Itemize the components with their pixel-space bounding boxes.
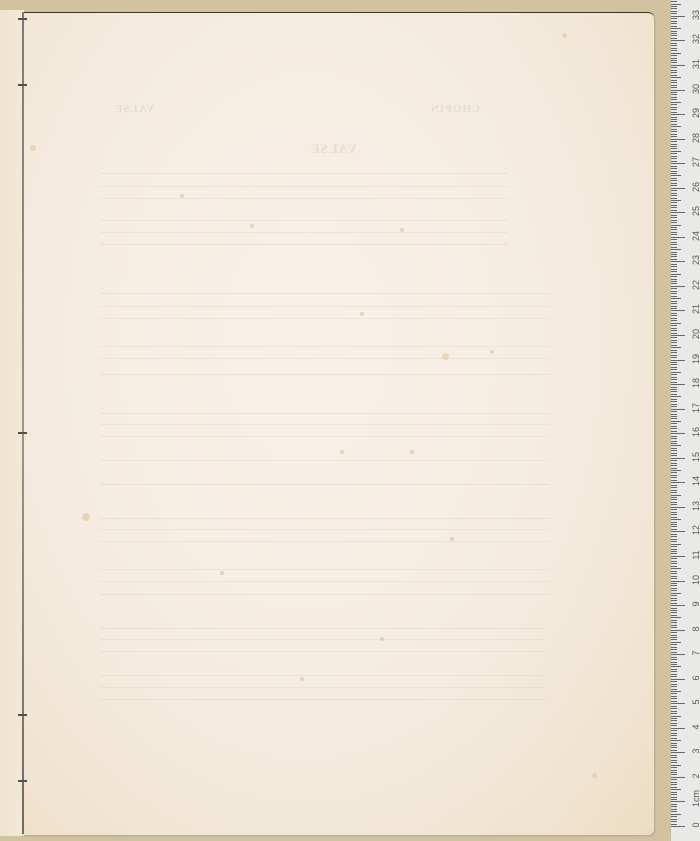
ruler-tick xyxy=(671,431,677,432)
foxing-spot xyxy=(30,145,36,151)
ruler-tick xyxy=(671,13,677,14)
ruler-tick xyxy=(671,772,677,773)
ruler-tick xyxy=(671,119,677,120)
binding-stitch xyxy=(18,84,27,86)
ruler-tick xyxy=(671,669,677,670)
ruler-tick xyxy=(671,232,677,233)
ruler-tick xyxy=(671,576,677,577)
ruler-tick xyxy=(671,382,677,383)
ruler-tick xyxy=(671,819,677,820)
ruler-tick xyxy=(671,716,681,717)
ruler-tick xyxy=(671,490,677,491)
ruler-tick xyxy=(671,168,677,169)
ruler-number: 3 xyxy=(691,744,700,758)
ruler-tick xyxy=(671,497,677,498)
ruler-tick xyxy=(671,639,677,640)
ruler-tick xyxy=(671,404,677,405)
ruler-tick xyxy=(671,90,685,91)
ruler-tick xyxy=(671,38,677,39)
ruler-tick xyxy=(671,80,677,81)
ruler-tick xyxy=(671,50,677,51)
ruler-tick xyxy=(671,6,677,7)
ruler-tick xyxy=(671,82,677,83)
ruler-tick xyxy=(671,652,677,653)
ruler-tick xyxy=(671,315,677,316)
ruler-tick xyxy=(671,141,677,142)
ruler-number: 0 xyxy=(691,818,700,832)
ruler-tick xyxy=(671,45,677,46)
ruler-tick xyxy=(671,720,677,721)
ruler-tick xyxy=(671,504,677,505)
foxing-spot xyxy=(592,773,597,778)
ruler-tick xyxy=(671,757,677,758)
ruler-tick xyxy=(671,534,677,535)
ruler-tick xyxy=(671,227,677,228)
ruler-tick xyxy=(671,114,685,115)
ruler-tick xyxy=(671,770,677,771)
ruler-tick xyxy=(671,620,677,621)
ruler-tick xyxy=(671,485,677,486)
ruler-tick xyxy=(671,328,677,329)
ruler-number: 28 xyxy=(691,131,700,145)
ruler-tick xyxy=(671,804,677,805)
ruler-tick xyxy=(671,87,677,88)
ruler-number: 11 xyxy=(691,548,700,562)
ruler-tick xyxy=(671,62,677,63)
ruler-tick xyxy=(671,797,677,798)
ruler-tick xyxy=(671,129,677,130)
ruler-tick xyxy=(671,298,681,299)
ruler-tick xyxy=(671,747,677,748)
ruler-tick xyxy=(671,765,681,766)
ruler-tick xyxy=(671,787,677,788)
ruler-tick xyxy=(671,698,677,699)
ruler-number: 18 xyxy=(691,376,700,390)
ruler-tick xyxy=(671,664,677,665)
ruler-tick xyxy=(671,693,677,694)
ruler-tick xyxy=(671,617,681,618)
ruler-tick xyxy=(671,367,677,368)
bleed-music-system-4 xyxy=(100,518,550,595)
ruler-tick xyxy=(671,514,677,515)
ruler-tick xyxy=(671,252,677,253)
ruler-tick xyxy=(671,102,681,103)
ruler-tick xyxy=(671,480,677,481)
ruler-tick xyxy=(671,202,677,203)
ruler-tick xyxy=(671,492,677,493)
ruler-tick xyxy=(671,472,677,473)
ruler-tick xyxy=(671,183,677,184)
ruler-tick xyxy=(671,571,677,572)
ruler-tick xyxy=(671,360,685,361)
ruler-tick xyxy=(671,283,677,284)
ruler-tick xyxy=(671,288,677,289)
ruler-tick xyxy=(671,180,677,181)
ruler-tick xyxy=(671,175,681,176)
ruler-tick xyxy=(671,65,685,66)
ruler-tick xyxy=(671,583,677,584)
ruler-tick xyxy=(671,394,677,395)
ruler-number: 16 xyxy=(691,425,700,439)
ruler-tick xyxy=(671,244,677,245)
ruler-tick xyxy=(671,517,677,518)
ruler-tick xyxy=(671,53,681,54)
ruler-tick xyxy=(671,16,685,17)
ruler-tick xyxy=(671,207,677,208)
ruler-tick xyxy=(671,48,677,49)
ruler-number: 7 xyxy=(691,646,700,660)
ruler-tick xyxy=(671,411,677,412)
ruler-tick xyxy=(671,495,681,496)
ruler-tick xyxy=(671,139,685,140)
ruler-tick xyxy=(671,441,677,442)
ruler-tick xyxy=(671,735,677,736)
ruler-number: 15 xyxy=(691,450,700,464)
ruler-tick xyxy=(671,526,677,527)
ruler-tick xyxy=(671,600,677,601)
ruler-tick xyxy=(671,581,685,582)
ruler-tick xyxy=(671,453,677,454)
bleed-header-right: CHOPIN xyxy=(430,103,480,115)
ruler-tick xyxy=(671,468,677,469)
ruler-tick xyxy=(671,8,677,9)
ruler-tick xyxy=(671,369,677,370)
ruler-tick xyxy=(671,21,677,22)
ruler-number: 24 xyxy=(691,229,700,243)
ruler-tick xyxy=(671,578,677,579)
ruler-tick xyxy=(671,809,677,810)
ruler-number: 33 xyxy=(691,8,700,22)
ruler-tick xyxy=(671,448,677,449)
ruler-tick xyxy=(671,689,677,690)
ruler-tick xyxy=(671,156,677,157)
ruler-tick xyxy=(671,674,677,675)
ruler-tick xyxy=(671,644,677,645)
ruler-tick xyxy=(671,711,677,712)
ruler-tick xyxy=(671,222,677,223)
ruler-tick xyxy=(671,826,685,827)
ruler-tick xyxy=(671,117,677,118)
ruler-tick xyxy=(671,296,677,297)
ruler-tick xyxy=(671,630,685,631)
ruler-tick xyxy=(671,691,681,692)
ruler-tick xyxy=(671,546,677,547)
ruler-tick xyxy=(671,320,677,321)
ruler-number: 9 xyxy=(691,597,700,611)
ruler-tick xyxy=(671,144,677,145)
ruler-tick xyxy=(671,455,677,456)
ruler-tick xyxy=(671,551,677,552)
ruler-number: 25 xyxy=(691,204,700,218)
ruler-tick xyxy=(671,799,677,800)
ruler-tick xyxy=(671,146,677,147)
ruler-tick xyxy=(671,745,677,746)
ruler-tick xyxy=(671,637,677,638)
ruler-tick xyxy=(671,450,677,451)
ruler-tick xyxy=(671,11,677,12)
ruler-tick xyxy=(671,563,677,564)
ruler-tick xyxy=(671,352,677,353)
ruler-tick xyxy=(671,350,677,351)
ruler-tick xyxy=(671,605,685,606)
ruler-tick xyxy=(671,750,677,751)
ruler-tick xyxy=(671,261,685,262)
ruler-tick xyxy=(671,782,677,783)
ruler-tick xyxy=(671,242,677,243)
ruler-number: 27 xyxy=(691,155,700,169)
ruler-tick xyxy=(671,593,681,594)
ruler-tick xyxy=(671,158,677,159)
ruler-tick xyxy=(671,112,677,113)
ruler-tick xyxy=(671,642,681,643)
ruler-tick xyxy=(671,264,677,265)
ruler-tick xyxy=(671,792,677,793)
ruler-tick xyxy=(671,281,677,282)
ruler-tick xyxy=(671,28,681,29)
ruler-tick xyxy=(671,374,677,375)
ruler-tick xyxy=(671,4,681,5)
ruler-tick xyxy=(671,97,677,98)
ruler-tick xyxy=(671,271,677,272)
ruler-tick xyxy=(671,342,677,343)
ruler-tick xyxy=(671,590,677,591)
ruler-tick xyxy=(671,220,677,221)
ruler-tick xyxy=(671,701,677,702)
ruler-tick xyxy=(671,556,685,557)
ruler-tick xyxy=(671,635,677,636)
ruler-tick xyxy=(671,362,677,363)
ruler-tick xyxy=(671,647,677,648)
ruler-tick xyxy=(671,703,685,704)
ruler-tick xyxy=(671,816,677,817)
ruler-tick xyxy=(671,33,677,34)
ruler-tick xyxy=(671,755,677,756)
binding-spine xyxy=(22,12,24,834)
ruler-tick xyxy=(671,345,677,346)
ruler-number: 23 xyxy=(691,253,700,267)
ruler-tick xyxy=(671,679,685,680)
ruler-tick xyxy=(671,58,677,59)
ruler-tick xyxy=(671,708,677,709)
ruler-tick xyxy=(671,654,685,655)
ruler-tick xyxy=(671,676,677,677)
ruler-tick xyxy=(671,286,685,287)
ruler-tick xyxy=(671,266,677,267)
ruler-tick xyxy=(671,522,677,523)
ruler-tick xyxy=(671,249,681,250)
ruler-tick xyxy=(671,401,677,402)
ruler-tick xyxy=(671,333,677,334)
ruler-number: 19 xyxy=(691,352,700,366)
ruler-tick xyxy=(671,163,685,164)
ruler-tick xyxy=(671,743,677,744)
ruler-tick xyxy=(671,519,681,520)
ruler-tick xyxy=(671,561,677,562)
ruler-tick xyxy=(671,445,681,446)
ruler-number: 4 xyxy=(691,720,700,734)
ruler-tick xyxy=(671,558,677,559)
ruler-tick xyxy=(671,205,677,206)
ruler-tick xyxy=(671,364,677,365)
ruler-tick xyxy=(671,335,685,336)
ruler-tick xyxy=(671,291,677,292)
ruler-tick xyxy=(671,824,677,825)
ruler-tick xyxy=(671,372,681,373)
ruler-tick xyxy=(671,151,681,152)
ruler-tick xyxy=(671,323,681,324)
ruler-tick xyxy=(671,811,677,812)
ruler-tick xyxy=(671,75,677,76)
ruler-number: 20 xyxy=(691,327,700,341)
ruler-tick xyxy=(671,779,677,780)
ruler-tick xyxy=(671,730,677,731)
ruler-tick xyxy=(671,347,681,348)
binding-stitch xyxy=(18,714,27,716)
ruler-tick xyxy=(671,237,685,238)
ruler-number: 6 xyxy=(691,671,700,685)
ruler-tick xyxy=(671,585,677,586)
ruler-tick xyxy=(671,92,677,93)
ruler-tick xyxy=(671,436,677,437)
ruler-tick xyxy=(671,215,677,216)
ruler-tick xyxy=(671,178,677,179)
ruler-tick xyxy=(671,200,681,201)
ruler-tick xyxy=(671,696,677,697)
ruler-tick xyxy=(671,684,677,685)
ruler-number: 29 xyxy=(691,106,700,120)
ruler-tick xyxy=(671,173,677,174)
ruler-number: 13 xyxy=(691,499,700,513)
ruler-tick xyxy=(671,399,677,400)
ruler-tick xyxy=(671,171,677,172)
ruler-tick xyxy=(671,529,677,530)
ruler-tick xyxy=(671,340,677,341)
ruler-number: 26 xyxy=(691,180,700,194)
ruler-tick xyxy=(671,615,677,616)
ruler-tick xyxy=(671,588,677,589)
ruler-tick xyxy=(671,72,677,73)
ruler-tick xyxy=(671,274,681,275)
ruler-tick xyxy=(671,603,677,604)
ruler-tick xyxy=(671,725,677,726)
ruler-tick xyxy=(671,460,677,461)
ruler-number: 8 xyxy=(691,622,700,636)
ruler-tick xyxy=(671,310,685,311)
ruler-tick xyxy=(671,463,677,464)
ruler-tick xyxy=(671,131,677,132)
ruler-tick xyxy=(671,733,677,734)
ruler-tick xyxy=(671,423,677,424)
ruler-tick xyxy=(671,612,677,613)
ruler-number: 14 xyxy=(691,474,700,488)
binding-stitch xyxy=(18,780,27,782)
ruler-tick xyxy=(671,99,677,100)
ruler-tick xyxy=(671,269,677,270)
measurement-ruler: 01cm234567891011121314151617181920212223… xyxy=(670,0,700,841)
ruler-tick xyxy=(671,1,677,2)
ruler-tick xyxy=(671,188,685,189)
ruler-tick xyxy=(671,217,677,218)
ruler-tick xyxy=(671,475,677,476)
ruler-tick xyxy=(671,718,677,719)
ruler-tick xyxy=(671,77,681,78)
ruler-tick xyxy=(671,136,677,137)
ruler-tick xyxy=(671,279,677,280)
ruler-tick xyxy=(671,512,677,513)
ruler-tick xyxy=(671,330,677,331)
ruler-tick xyxy=(671,671,677,672)
binding-stitch xyxy=(18,18,27,20)
ruler-tick xyxy=(671,723,677,724)
foxing-spot xyxy=(442,353,449,360)
ruler-tick xyxy=(671,396,681,397)
ruler-tick xyxy=(671,666,681,667)
ruler-tick xyxy=(671,325,677,326)
ruler-tick xyxy=(671,43,677,44)
ruler-tick xyxy=(671,229,677,230)
ruler-tick xyxy=(671,134,677,135)
ruler-tick xyxy=(671,389,677,390)
ruler-tick xyxy=(671,767,677,768)
ruler-number: 17 xyxy=(691,401,700,415)
ruler-tick xyxy=(671,109,677,110)
ruler-tick xyxy=(671,426,677,427)
ruler-tick xyxy=(671,465,677,466)
ruler-tick xyxy=(671,256,677,257)
foxing-spot xyxy=(82,513,90,521)
ruler-tick xyxy=(671,608,677,609)
ruler-tick xyxy=(671,379,677,380)
ruler-tick xyxy=(671,239,677,240)
ruler-tick xyxy=(671,166,677,167)
ruler-number: 5 xyxy=(691,695,700,709)
ruler-tick xyxy=(671,627,677,628)
ruler-tick xyxy=(671,549,677,550)
bleed-music-system-5 xyxy=(100,628,545,700)
ruler-tick xyxy=(671,487,677,488)
ruler-tick xyxy=(671,595,677,596)
paper-page: VALSE CHOPIN VALSE xyxy=(22,12,654,835)
ruler-number: 30 xyxy=(691,82,700,96)
ruler-tick xyxy=(671,713,677,714)
ruler-tick xyxy=(671,301,677,302)
ruler-tick xyxy=(671,60,677,61)
ruler-tick xyxy=(671,303,677,304)
ruler-tick xyxy=(671,553,677,554)
ruler-tick xyxy=(671,821,677,822)
ruler-tick xyxy=(671,31,677,32)
ruler-tick xyxy=(671,308,677,309)
ruler-tick xyxy=(671,70,677,71)
ruler-tick xyxy=(671,789,681,790)
bleed-music-system-1 xyxy=(100,173,508,245)
ruler-tick xyxy=(671,247,677,248)
ruler-tick xyxy=(671,728,685,729)
ruler-tick xyxy=(671,276,677,277)
ruler-tick xyxy=(671,40,685,41)
ruler-tick xyxy=(671,573,677,574)
ruler-tick xyxy=(671,740,681,741)
ruler-number: 1cm xyxy=(691,793,700,807)
ruler-tick xyxy=(671,610,677,611)
ruler-tick xyxy=(671,153,677,154)
ruler-tick xyxy=(671,686,677,687)
ruler-tick xyxy=(671,148,677,149)
ruler-number: 22 xyxy=(691,278,700,292)
ruler-tick xyxy=(671,509,677,510)
ruler-tick xyxy=(671,259,677,260)
ruler-tick xyxy=(671,198,677,199)
